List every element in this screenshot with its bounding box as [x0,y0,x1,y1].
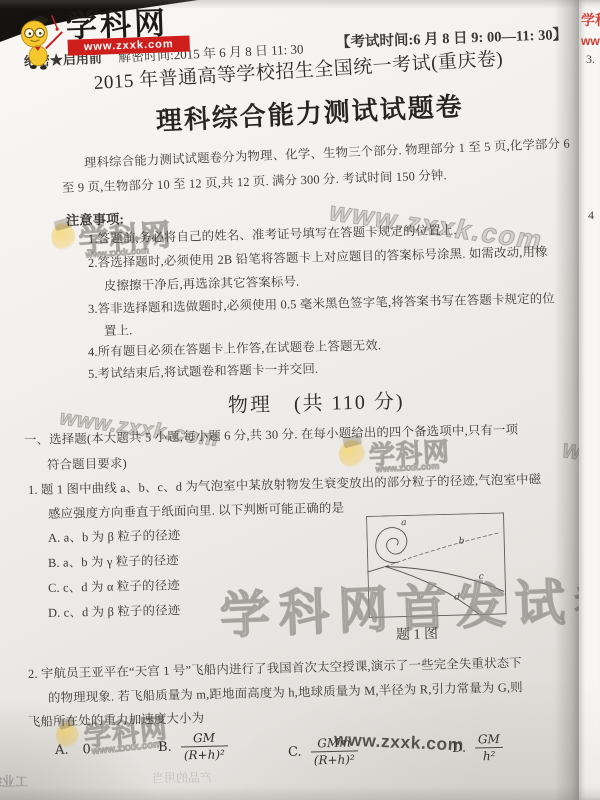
exam-time: 【考试时间:6 月 8 日 9: 00—11: 30】 [336,26,568,52]
page-fold-shadow [554,0,580,800]
q2-option-b-label: B. [158,740,172,755]
q2-option-c-label: C. [288,745,302,760]
intro-line-2: 至 9 页,生物部分 10 至 12 页,共 12 页. 满分 300 分. 考… [62,168,447,196]
q2-option-a: A. 0 [55,742,91,758]
notice-item-4: 4.所有题目必须在答题卡上作答,在试题卷上答题无效. [88,338,382,360]
q2-option-a-label: A. [55,743,69,758]
adjacent-page-logo: 学科 [581,12,600,30]
bleedthrough-text: 工业经济效益。 [0,774,28,790]
q2-line-3: 飞船所在处的重力加速度大小为 [28,711,205,730]
mascot-icon [9,6,69,72]
fraction-denominator: h² [475,747,503,764]
notice-item-3: 3.答非选择题和选做题时,必须使用 0.5 毫米黑色签字笔,将答案书写在答题卡规… [88,291,555,317]
section-heading: 物理 (共 110 分) [228,390,405,419]
mc-intro-line-2: 符合题目要求) [47,456,127,473]
figure-label-a: a [401,518,407,528]
notice-item-5: 5.考试结束后,将试题卷和答题卡一并交回. [88,362,319,383]
q1-option-b: B. a、b 为 γ 粒子的径迹 [48,553,179,571]
fraction-denominator: (R+h)² [311,750,358,767]
adjacent-page-item-4: 4 [588,208,594,223]
mascot-watermark-icon [338,440,365,469]
figure-label-b: b [459,536,465,546]
intro-line-1: 理科综合能力测试试题卷分为物理、化学、生物三个部分. 物理部分 1 至 5 页,… [84,136,570,171]
q1-option-c: C. c、d 为 α 粒子的径迹 [48,578,180,596]
fraction-numerator: GM [475,732,503,748]
q1-line-2: 感应强度方向垂直于纸面向里. 以下判断可能正确的是 [48,501,344,523]
zxxk-logo: 学科网 www.zxxk.com [9,4,112,46]
notice-item-3-cont: 置上. [104,323,133,339]
q2-option-b-fraction: GM (R+h)² [180,730,228,762]
paper-title: 理科综合能力测试试题卷 [155,91,464,139]
fraction-numerator: GM [180,730,227,746]
q2-line-2: 的物理现象. 若飞船质量为 m,距地面高度为 h,地球质量为 M,半径为 R,引… [48,680,523,706]
q1-option-d: D. c、d 为 β 粒子的径迹 [48,603,181,621]
fraction-denominator: (R+h)² [181,745,228,762]
adjacent-page-sliver: 学科 www 3. 4 [579,0,600,800]
q1-option-a: A. a、b 为 β 粒子的径迹 [48,528,181,546]
adjacent-page-item-3: 3. [586,52,595,67]
q2-option-b: B. GM (R+h)² [158,730,228,763]
url-watermark-small: www.zxxk.com [375,461,439,474]
q2-option-d-fraction: GM h² [475,732,504,764]
q2-line-1: 2. 宇航员王亚平在“天宫 1 号”飞船内进行了我国首次太空授课,演示了一些完全… [28,656,522,683]
notice-title: 注意事项: [66,211,125,229]
bleedthrough-text: 产品的用当 [152,771,212,786]
q1-line-1: 1. 题 1 图中曲线 a、b、c、d 为气泡室中某放射物发生衰变放出的部分粒子… [28,472,542,498]
notice-item-2-cont: 皮擦擦干净后,再选涂其它答案标号. [104,275,300,295]
q2-option-a-value: 0 [82,742,91,757]
scanned-exam-paper-photo: 高原 工业经济效益。 产品的用当 www.zxxk.com www.zxxk.c… [0,0,600,800]
adjacent-page-url: www [581,34,600,49]
logo-url: www.zxxk.com [84,38,174,53]
q1-figure-caption: 题 1 图 [396,626,438,644]
